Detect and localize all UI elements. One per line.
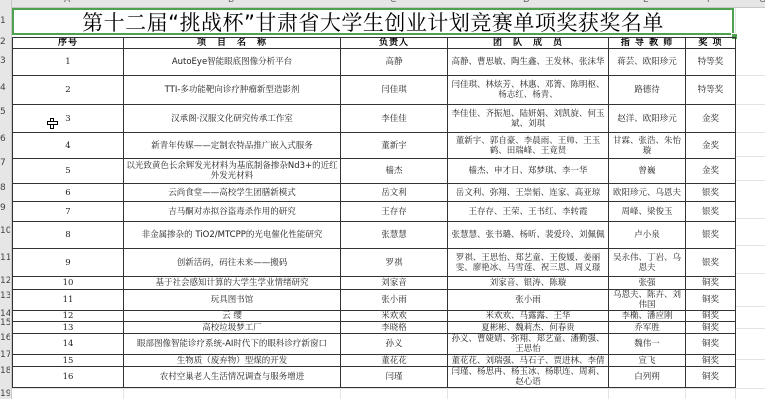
gridline xyxy=(685,388,686,399)
gridline xyxy=(735,104,765,105)
header-leader[interactable]: 负责人 xyxy=(341,38,448,49)
gridline xyxy=(735,132,765,133)
cell-advisor[interactable]: 曾巍 xyxy=(609,159,686,184)
table-row: 12 云 缨 米欢欢 米欢欢、马露露、王华 李椭、潘应刚 铜奖 xyxy=(13,311,736,322)
cell-award[interactable]: 铜奖 xyxy=(686,322,736,334)
row-header-5[interactable]: 5 xyxy=(0,107,10,117)
cell-leader[interactable]: 刘家音 xyxy=(341,277,448,290)
cell-project[interactable]: 非金属掺杂的 TiO2/MTCPP的光电催化性能研究 xyxy=(124,222,341,249)
cell-award[interactable]: 铜奖 xyxy=(686,277,736,290)
cell-team[interactable]: 樯杰、申才日、郑梦琪、李一华 xyxy=(448,159,609,184)
cell-index[interactable]: 7 xyxy=(13,202,124,222)
gridline xyxy=(735,359,765,360)
cell-leader[interactable]: 王存存 xyxy=(341,202,448,222)
cell-leader[interactable]: 米欢欢 xyxy=(341,311,448,322)
cell-advisor[interactable]: 魏伟一 xyxy=(609,334,686,355)
cell-index[interactable]: 5 xyxy=(13,159,124,184)
title-cell[interactable]: 第十二届“挑战杯”甘肃省大学生创业计划竞赛单项奖获奖名单 xyxy=(12,8,734,35)
cell-team[interactable]: 罗祺、王思怡、郑艺童、王俊媛、姜丽雯、廖艳冰、马雪莲、祝三恩、周义璟 xyxy=(448,249,609,277)
table-row: 2 TTI-多功能靶向诊疗肿瘤新型造影剂 闫佳琪 闫佳琪、林炫芳、林惠、邓箐、陈… xyxy=(13,76,736,105)
cell-team[interactable]: 李佳佳、齐振旭、陆妍娟、刘凯旋、何玉斌、刘琪 xyxy=(448,105,609,133)
row-header-1[interactable]: 1 xyxy=(0,16,10,26)
table-row: 9 创新活码，码往未来——搬码 罗祺 罗祺、王思怡、郑艺童、王俊媛、姜丽雯、廖艳… xyxy=(13,249,736,277)
gridline xyxy=(735,306,765,307)
cell-advisor[interactable]: 欧阳珍元、乌恩夫 xyxy=(609,184,686,202)
cell-team[interactable]: 张小雨 xyxy=(448,290,609,311)
table-row: 11 玩具图书馆 张小雨 张小雨 乌恩夫、陈卉、刘伟国 铜奖 xyxy=(13,290,736,311)
cell-project[interactable]: 汉承阁·汉服文化研究传承工作室 xyxy=(124,105,341,133)
cell-advisor[interactable]: 路德待 xyxy=(609,76,686,105)
table-row: 6 云尚食堂——高校学生团膳新模式 岳文利 岳文利、弥翔、王崇韬、连家、高亚琼 … xyxy=(13,184,736,202)
gridline xyxy=(608,388,609,399)
cell-team[interactable]: 米欢欢、马露露、王华 xyxy=(448,311,609,322)
header-advisor[interactable]: 指 导 教 师 xyxy=(609,38,686,49)
row-header-12[interactable]: 12 xyxy=(0,276,10,286)
cell-project[interactable]: 基于社会感知计算的大学生学业情绪研究 xyxy=(124,277,341,290)
table-row: 5 以光致黄色长余辉发光材料为基底制备掺杂Nd3+的近红外发光材料 樯杰 樯杰、… xyxy=(13,159,736,184)
cell-advisor[interactable]: 白列朔 xyxy=(609,367,686,388)
cell-award[interactable]: 铜奖 xyxy=(686,334,736,355)
cell-index[interactable]: 10 xyxy=(13,277,124,290)
row-header-16[interactable]: 16 xyxy=(0,333,10,343)
gridline xyxy=(735,245,765,246)
cell-award[interactable]: 金奖 xyxy=(686,159,736,184)
cell-award[interactable]: 银奖 xyxy=(686,222,736,249)
cell-team[interactable]: 闫佳琪、林炫芳、林惠、邓箐、陈明枢、杨志红、杨青、 xyxy=(448,76,609,105)
cell-advisor[interactable]: 周峰、梁俊玉 xyxy=(609,202,686,222)
row-header-9[interactable]: 9 xyxy=(0,203,10,213)
cell-project[interactable]: 以光致黄色长余辉发光材料为基底制备掺杂Nd3+的近红外发光材料 xyxy=(124,159,341,184)
table-row: 10 基于社会感知计算的大学生学业情绪研究 刘家音 刘家音、银涛、陈璇 张强 铜… xyxy=(13,277,736,290)
cell-leader[interactable]: 闫瑾 xyxy=(341,367,448,388)
gridline xyxy=(340,388,341,399)
cell-advisor[interactable]: 赵洋、欧阳珍元 xyxy=(609,105,686,133)
gridline xyxy=(735,75,765,76)
cell-index[interactable]: 4 xyxy=(13,133,124,159)
cell-index[interactable]: 13 xyxy=(13,322,124,334)
row-header-2[interactable]: 2 xyxy=(0,37,10,47)
gridline xyxy=(735,156,765,157)
table-row: 7 吉马酮对赤拟谷盗毒杀作用的研究 王存存 王存存、王荣、王书红、李转霞 周峰、… xyxy=(13,202,736,222)
cell-leader[interactable]: 岳文利 xyxy=(341,184,448,202)
table-row: 13 高校垃圾梦工厂 李晓格 夏彬彬、魏莉杰、何春贵 乔军胜 铜奖 xyxy=(13,322,736,334)
cell-index[interactable]: 12 xyxy=(13,311,124,322)
cell-advisor[interactable]: 吴永伟、丁岩、乌恩夫 xyxy=(609,249,686,277)
table-row: 15 生物质（废弃物）型煤的开发 董花花 董花花、刘瑞强、马石子、贾进林、李倩 … xyxy=(13,355,736,367)
cell-advisor[interactable]: 卢小泉 xyxy=(609,222,686,249)
row-header-10[interactable]: 10 xyxy=(0,226,10,236)
cell-project[interactable]: 生物质（废弃物）型煤的开发 xyxy=(124,355,341,367)
gridline xyxy=(735,180,765,181)
sheet-title: 第十二届“挑战杯”甘肃省大学生创业计划竞赛单项奖获奖名单 xyxy=(82,7,664,37)
cell-leader[interactable]: 高静 xyxy=(341,49,448,76)
cell-team[interactable]: 董新宇、郭自豪、李晨雨、王帅、王玉鹤、田瑞峰、王竟贤 xyxy=(448,133,609,159)
row-header-8[interactable]: 8 xyxy=(0,183,10,193)
table-row: 4 新青年传媒——定制农特品推广嵌入式服务 董新宇 董新宇、郭自豪、李晨雨、王帅… xyxy=(13,133,736,159)
row-header-13[interactable]: 13 xyxy=(0,291,10,301)
cell-team[interactable]: 孙义、曹婕婧、弥翔、郑艺童、潘勤强、王思怡 xyxy=(448,334,609,355)
gridline xyxy=(447,388,448,399)
cell-leader[interactable]: 孙义 xyxy=(341,334,448,355)
table-row: 8 非金属掺杂的 TiO2/MTCPP的光电催化性能研究 张慧慧 张慧慧、张书璐… xyxy=(13,222,736,249)
cell-team[interactable]: 闫瑾、杨思冉、杨玉冰、杨职连、周莉、赵心语 xyxy=(448,367,609,388)
cell-project[interactable]: 云 缨 xyxy=(124,311,341,322)
cell-leader[interactable]: 张小雨 xyxy=(341,290,448,311)
cell-project[interactable]: 云尚食堂——高校学生团膳新模式 xyxy=(124,184,341,202)
cell-award[interactable]: 银奖 xyxy=(686,249,736,277)
cell-index[interactable]: 15 xyxy=(13,355,124,367)
row-header-11[interactable]: 11 xyxy=(0,253,10,263)
cell-project[interactable]: 吉马酮对赤拟谷盗毒杀作用的研究 xyxy=(124,202,341,222)
table-row: 16 农村空巢老人生活情况调查与服务增进 闫瑾 闫瑾、杨思冉、杨玉冰、杨职连、周… xyxy=(13,367,736,388)
cell-index[interactable]: 6 xyxy=(13,184,124,202)
cell-leader[interactable]: 李晓格 xyxy=(341,322,448,334)
column-header-f[interactable]: F xyxy=(685,0,735,7)
cell-project[interactable]: 高校垃圾梦工厂 xyxy=(124,322,341,334)
cell-leader[interactable]: 李佳佳 xyxy=(341,105,448,133)
cell-advisor[interactable]: 李椭、潘应刚 xyxy=(609,311,686,322)
cell-index[interactable]: 9 xyxy=(13,249,124,277)
cell-index[interactable]: 11 xyxy=(13,290,124,311)
cell-advisor[interactable]: 甘霖、张浩、朱怡璇 xyxy=(609,133,686,159)
cell-advisor[interactable]: 乌恩夫、陈卉、刘伟国 xyxy=(609,290,686,311)
cell-index[interactable]: 14 xyxy=(13,334,124,355)
cell-award[interactable]: 特等奖 xyxy=(686,76,736,105)
table-row: 14 眼部图像智能诊疗系统-AI时代下的眼科诊疗新窗口 孙义 孙义、曹婕婧、弥翔… xyxy=(13,334,736,355)
cell-index[interactable]: 2 xyxy=(13,76,124,105)
cell-team[interactable]: 董花花、刘瑞强、马石子、贾进林、李倩 xyxy=(448,355,609,367)
cell-project[interactable]: AutoEye智能眼底图像分析平台 xyxy=(124,49,341,76)
cell-team[interactable]: 刘家音、银涛、陈璇 xyxy=(448,277,609,290)
cell-award[interactable]: 铜奖 xyxy=(686,311,736,322)
table-row: 1 AutoEye智能眼底图像分析平台 高静 高静、曹思敏、陶生鑫、王发林、张沫… xyxy=(13,49,736,76)
cell-select-cursor-icon xyxy=(47,118,58,129)
cell-team[interactable]: 王存存、王荣、王书红、李转霞 xyxy=(448,202,609,222)
row-header-18[interactable]: 18 xyxy=(0,366,10,376)
cell-award[interactable]: 铜奖 xyxy=(686,290,736,311)
row-header-15[interactable]: 15 xyxy=(0,318,10,328)
cell-leader[interactable]: 董新宇 xyxy=(341,133,448,159)
cell-award[interactable]: 铜奖 xyxy=(686,355,736,367)
row-header-17[interactable]: 17 xyxy=(0,350,10,360)
row-header-4[interactable]: 4 xyxy=(0,83,10,93)
column-header-g[interactable]: G xyxy=(735,0,765,7)
cell-award[interactable]: 金奖 xyxy=(686,133,736,159)
header-index[interactable]: 序号 xyxy=(13,38,124,49)
row-header-7[interactable]: 7 xyxy=(0,158,10,168)
header-project[interactable]: 项 目 名 称 xyxy=(124,38,341,49)
cell-index[interactable]: 3 xyxy=(13,105,124,133)
cell-team[interactable]: 高静、曹思敏、陶生鑫、王发林、张沫华 xyxy=(448,49,609,76)
gridline xyxy=(735,218,765,219)
cell-award[interactable]: 银奖 xyxy=(686,202,736,222)
gridline xyxy=(12,388,765,389)
cell-index[interactable]: 16 xyxy=(13,367,124,388)
header-award[interactable]: 奖 项 xyxy=(686,38,736,49)
cell-award[interactable]: 特等奖 xyxy=(686,49,736,76)
row-header-19[interactable]: 19 xyxy=(0,389,10,399)
gridline xyxy=(123,388,124,399)
cell-leader[interactable]: 樯杰 xyxy=(341,159,448,184)
cell-project[interactable]: 眼部图像智能诊疗系统-AI时代下的眼科诊疗新窗口 xyxy=(124,334,341,355)
header-team[interactable]: 团 队 成 员 xyxy=(448,38,609,49)
cell-project[interactable]: 新青年传媒——定制农特品推广嵌入式服务 xyxy=(124,133,341,159)
cell-advisor[interactable]: 乔军胜 xyxy=(609,322,686,334)
table-row: 3 汉承阁·汉服文化研究传承工作室 李佳佳 李佳佳、齐振旭、陆妍娟、刘凯旋、何玉… xyxy=(13,105,736,133)
cell-project[interactable]: 创新活码，码往未来——搬码 xyxy=(124,249,341,277)
table-header-row: 序号 项 目 名 称 负责人 团 队 成 员 指 导 教 师 奖 项 xyxy=(13,38,736,49)
cell-advisor[interactable]: 蒋芸、欧阳珍元 xyxy=(609,49,686,76)
cell-index[interactable]: 1 xyxy=(13,49,124,76)
row-header-6[interactable]: 6 xyxy=(0,134,10,144)
gridline xyxy=(735,273,765,274)
cell-project[interactable]: TTI-多功能靶向诊疗肿瘤新型造影剂 xyxy=(124,76,341,105)
cell-advisor[interactable]: 宣飞 xyxy=(609,355,686,367)
cell-index[interactable]: 8 xyxy=(13,222,124,249)
cell-leader[interactable]: 董花花 xyxy=(341,355,448,367)
cell-team[interactable]: 夏彬彬、魏莉杰、何春贵 xyxy=(448,322,609,334)
cell-leader[interactable]: 张慧慧 xyxy=(341,222,448,249)
cell-project[interactable]: 农村空巢老人生活情况调查与服务增进 xyxy=(124,367,341,388)
award-table: 序号 项 目 名 称 负责人 团 队 成 员 指 导 教 师 奖 项 1 Aut… xyxy=(12,37,736,388)
cell-leader[interactable]: 闫佳琪 xyxy=(341,76,448,105)
gridline xyxy=(735,328,765,329)
cell-team[interactable]: 张慧慧、张书璐、杨昕、裴爱玲、刘佩佩 xyxy=(448,222,609,249)
cell-award[interactable]: 铜奖 xyxy=(686,367,736,388)
cell-team[interactable]: 岳文利、弥翔、王崇韬、连家、高亚琼 xyxy=(448,184,609,202)
cell-award[interactable]: 银奖 xyxy=(686,184,736,202)
row-header-3[interactable]: 3 xyxy=(0,56,10,66)
cell-leader[interactable]: 罗祺 xyxy=(341,249,448,277)
cell-advisor[interactable]: 张强 xyxy=(609,277,686,290)
cell-award[interactable]: 金奖 xyxy=(686,105,736,133)
cell-project[interactable]: 玩具图书馆 xyxy=(124,290,341,311)
